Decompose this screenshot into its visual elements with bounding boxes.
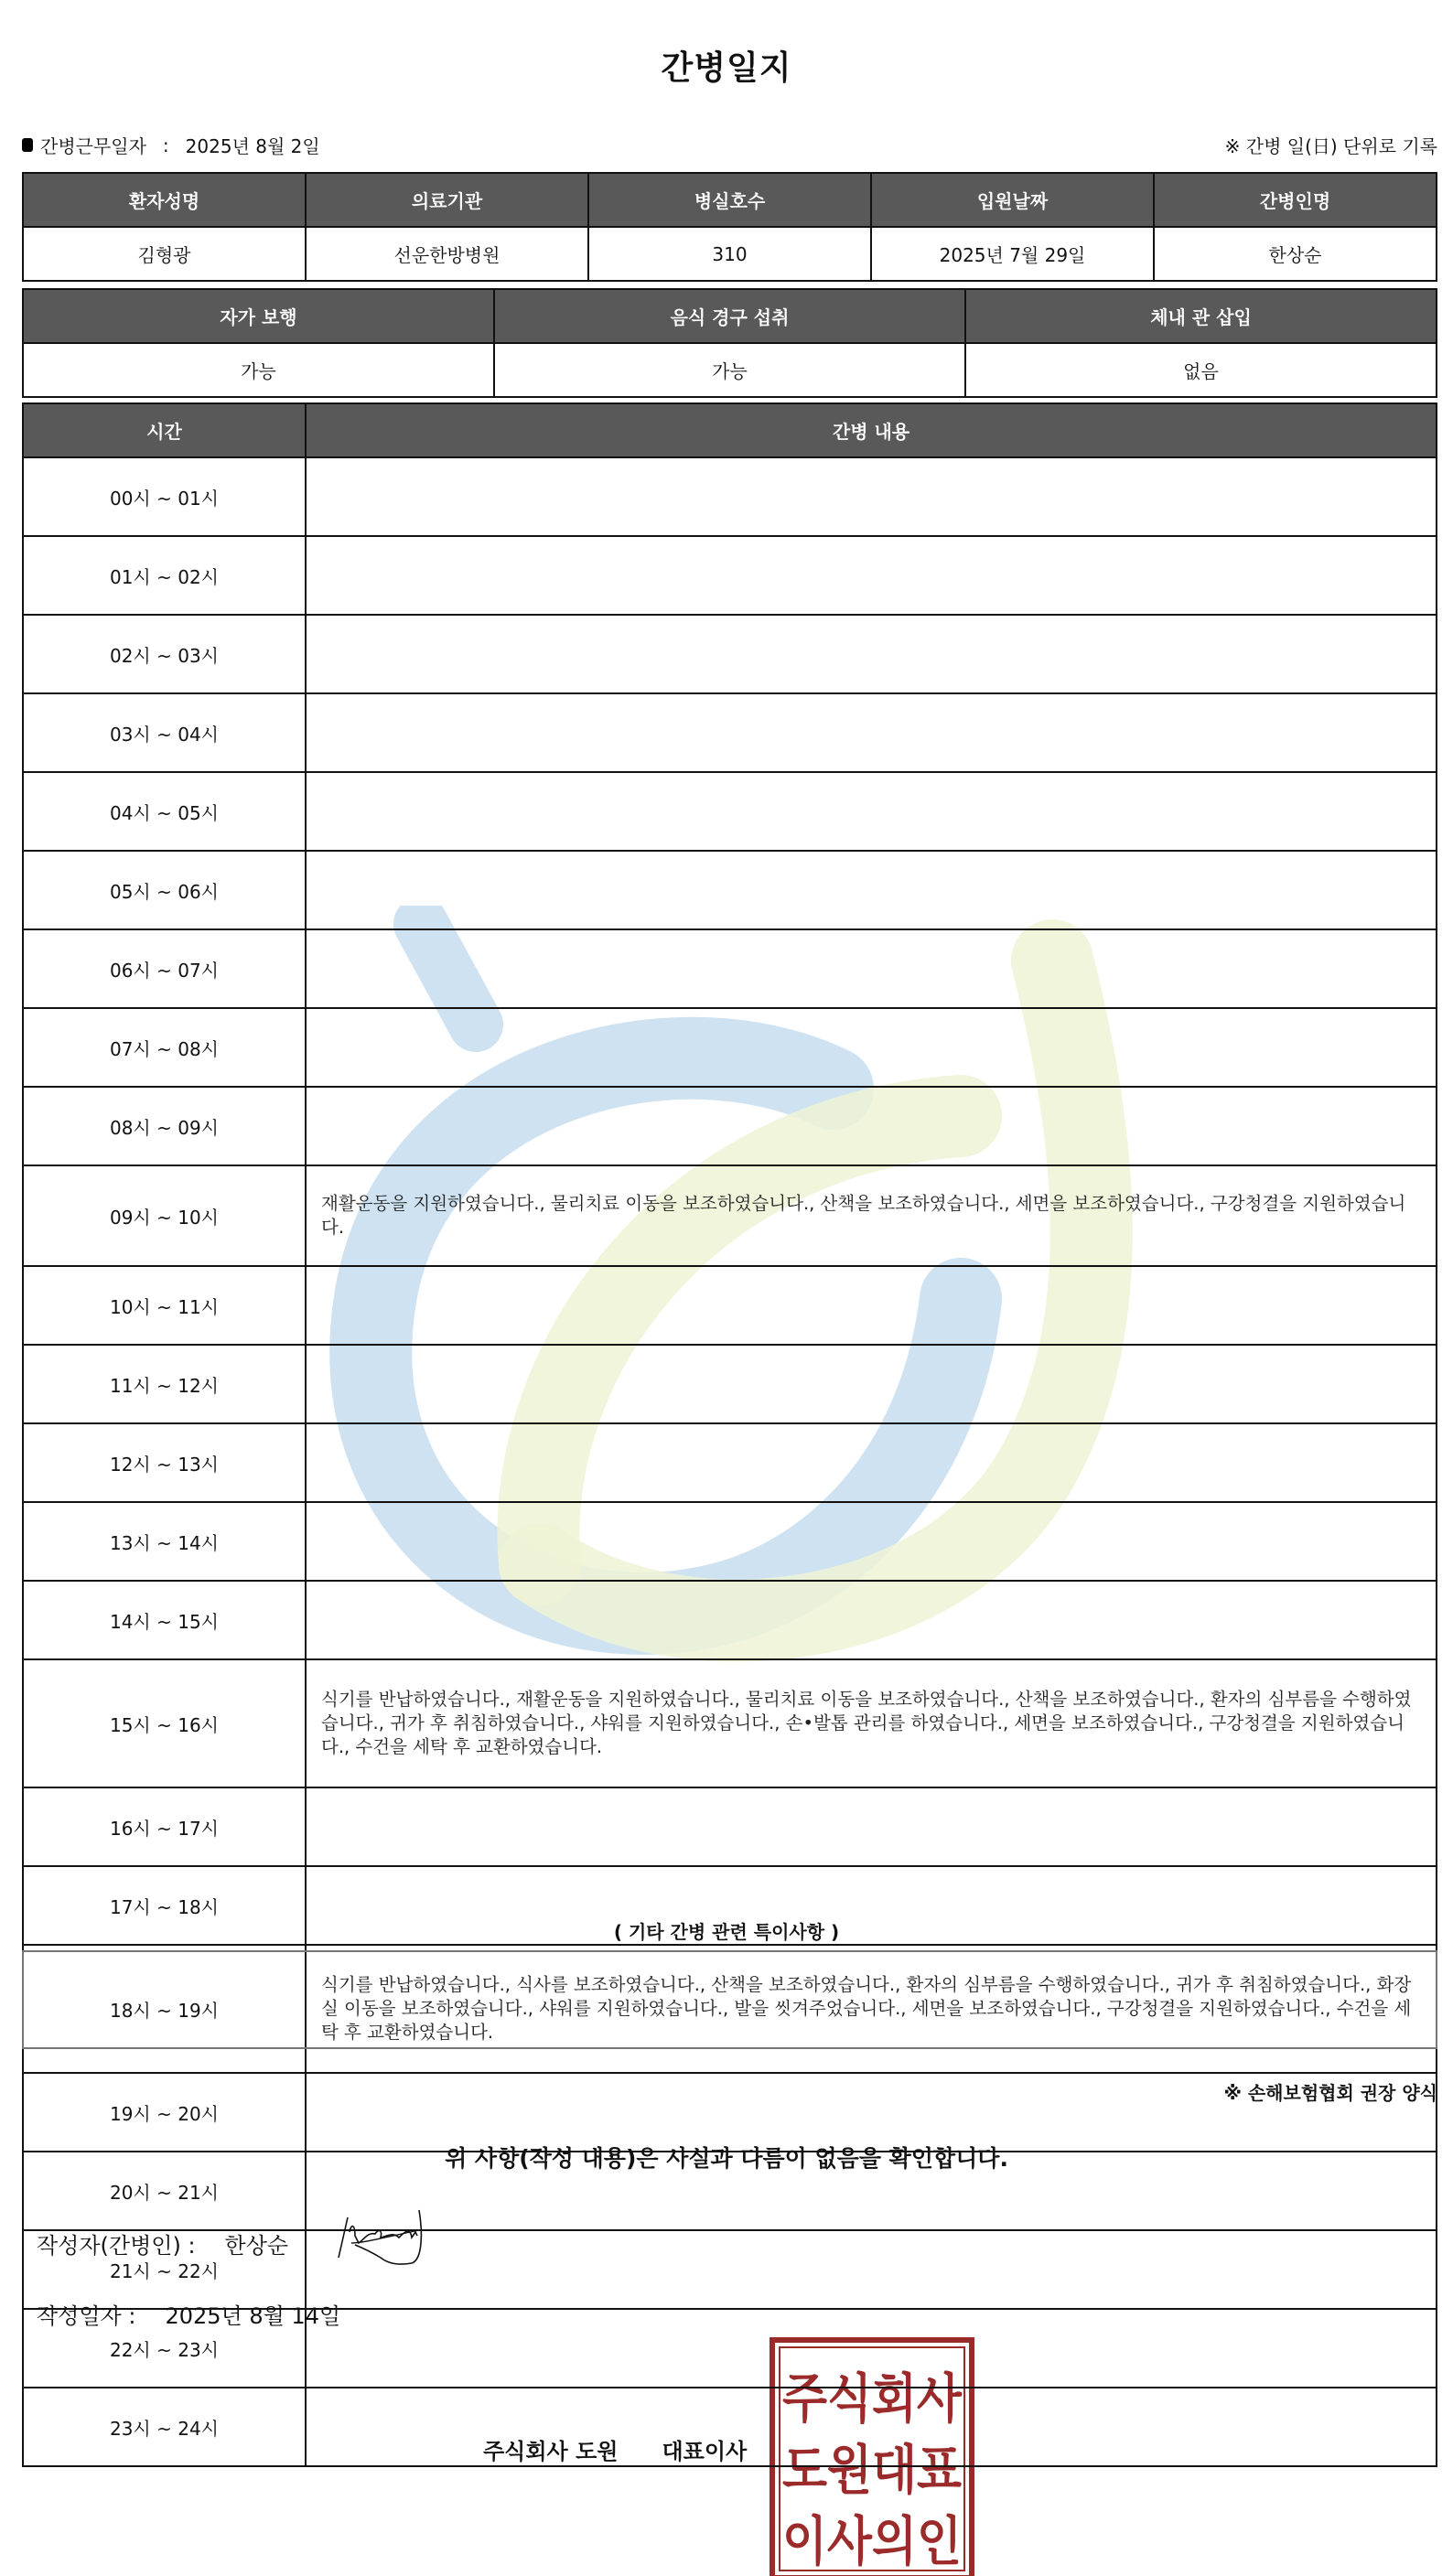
care-log-row: 06시 ~ 07시: [23, 929, 1437, 1008]
time-slot: 21시 ~ 22시: [23, 2230, 306, 2309]
patient-value-row: 김형광 선운한방병원 310 2025년 7월 29일 한상순: [23, 227, 1437, 281]
header-tube-insertion: 체내 관 삽입: [965, 289, 1437, 343]
time-slot: 10시 ~ 11시: [23, 1266, 306, 1345]
care-log-row: 04시 ~ 05시: [23, 772, 1437, 851]
care-log-body: 00시 ~ 01시01시 ~ 02시02시 ~ 03시03시 ~ 04시04시 …: [23, 457, 1437, 2466]
care-log-row: 12시 ~ 13시: [23, 1423, 1437, 1502]
care-log-row: 19시 ~ 20시: [23, 2073, 1437, 2152]
header-room-number: 병실호수: [588, 173, 871, 227]
care-content: [306, 536, 1437, 615]
time-slot: 20시 ~ 21시: [23, 2152, 306, 2230]
time-slot: 04시 ~ 05시: [23, 772, 306, 851]
time-slot: 09시 ~ 10시: [23, 1165, 306, 1266]
care-log-row: 08시 ~ 09시: [23, 1087, 1437, 1165]
work-date-separator: :: [163, 134, 169, 156]
work-date-line: 간병근무일자 : 2025년 8월 2일: [22, 132, 320, 158]
patient-info-table: 환자성명 의료기관 병실호수 입원날짜 간병인명 김형광 선운한방병원 310 …: [22, 172, 1437, 282]
page-title: 간병일지: [0, 42, 1453, 89]
special-notes-box: [22, 1950, 1437, 2049]
care-content: [306, 2309, 1437, 2388]
care-log-row: 01시 ~ 02시: [23, 536, 1437, 615]
care-log-row: 20시 ~ 21시: [23, 2152, 1437, 2230]
care-content: [306, 615, 1437, 693]
patient-header-row: 환자성명 의료기관 병실호수 입원날짜 간병인명: [23, 173, 1437, 227]
header-admission-date: 입원날짜: [871, 173, 1154, 227]
care-content: [306, 1345, 1437, 1423]
time-slot: 02시 ~ 03시: [23, 615, 306, 693]
care-header-row: 시간 간병 내용: [23, 403, 1437, 457]
room-number: 310: [588, 227, 871, 281]
header-institution: 의료기관: [306, 173, 588, 227]
time-slot: 16시 ~ 17시: [23, 1787, 306, 1866]
care-content: [306, 1087, 1437, 1165]
care-content: [306, 2073, 1437, 2152]
care-diary-page: 간병일지 간병근무일자 : 2025년 8월 2일 ※ 간병 일(日) 단위로 …: [0, 0, 1453, 2576]
care-log-row: 03시 ~ 04시: [23, 693, 1437, 772]
care-content: [306, 929, 1437, 1008]
square-bullet-icon: [22, 138, 33, 152]
time-slot: 11시 ~ 12시: [23, 1345, 306, 1423]
header-self-walking: 자가 보행: [23, 289, 494, 343]
care-content: [306, 1787, 1437, 1866]
care-content: [306, 1423, 1437, 1502]
care-content: [306, 1266, 1437, 1345]
care-log-table: 시간 간병 내용 00시 ~ 01시01시 ~ 02시02시 ~ 03시03시 …: [22, 402, 1437, 2467]
time-slot: 05시 ~ 06시: [23, 851, 306, 929]
care-content: [306, 693, 1437, 772]
care-log-row: 16시 ~ 17시: [23, 1787, 1437, 1866]
admission-date: 2025년 7월 29일: [871, 227, 1154, 281]
work-date-value: 2025년 8월 2일: [186, 132, 320, 158]
care-content: 식기를 반납하였습니다., 재활운동을 지원하였습니다., 물리치료 이동을 보…: [306, 1659, 1437, 1787]
care-log-row: 05시 ~ 06시: [23, 851, 1437, 929]
unit-note: ※ 간병 일(日) 단위로 기록: [1225, 132, 1437, 158]
patient-status-table: 자가 보행 음식 경구 섭취 체내 관 삽입 가능 가능 없음: [22, 288, 1437, 398]
care-content: [306, 851, 1437, 929]
care-content: [306, 772, 1437, 851]
care-content: [306, 457, 1437, 536]
time-slot: 19시 ~ 20시: [23, 2073, 306, 2152]
care-content: [306, 2152, 1437, 2230]
care-content: [306, 1008, 1437, 1087]
care-content: [306, 1581, 1437, 1659]
care-log-row: 21시 ~ 22시: [23, 2230, 1437, 2309]
care-log-row: 15시 ~ 16시식기를 반납하였습니다., 재활운동을 지원하였습니다., 물…: [23, 1659, 1437, 1787]
time-slot: 13시 ~ 14시: [23, 1502, 306, 1581]
caregiver-name: 한상순: [1154, 227, 1437, 281]
status-header-row: 자가 보행 음식 경구 섭취 체내 관 삽입: [23, 289, 1437, 343]
care-log-row: 17시 ~ 18시: [23, 1866, 1437, 1945]
care-log-row: 07시 ~ 08시: [23, 1008, 1437, 1087]
time-slot: 23시 ~ 24시: [23, 2388, 306, 2466]
time-slot: 00시 ~ 01시: [23, 457, 306, 536]
care-log-row: 11시 ~ 12시: [23, 1345, 1437, 1423]
time-slot: 14시 ~ 15시: [23, 1581, 306, 1659]
patient-name: 김형광: [23, 227, 306, 281]
status-value-row: 가능 가능 없음: [23, 343, 1437, 397]
care-log-row: 13시 ~ 14시: [23, 1502, 1437, 1581]
time-slot: 08시 ~ 09시: [23, 1087, 306, 1165]
care-content: [306, 2230, 1437, 2309]
self-walking: 가능: [23, 343, 494, 397]
work-date-label: 간병근무일자: [40, 132, 146, 158]
care-log-row: 14시 ~ 15시: [23, 1581, 1437, 1659]
care-log-row: 00시 ~ 01시: [23, 457, 1437, 536]
care-log-row: 09시 ~ 10시재활운동을 지원하였습니다., 물리치료 이동을 보조하였습니…: [23, 1165, 1437, 1266]
header-patient-name: 환자성명: [23, 173, 306, 227]
care-content: [306, 1866, 1437, 1945]
time-slot: 06시 ~ 07시: [23, 929, 306, 1008]
tube-insertion: 없음: [965, 343, 1437, 397]
header-oral-intake: 음식 경구 섭취: [494, 289, 965, 343]
care-log-row: 23시 ~ 24시: [23, 2388, 1437, 2466]
time-slot: 12시 ~ 13시: [23, 1423, 306, 1502]
time-slot: 03시 ~ 04시: [23, 693, 306, 772]
care-content: 재활운동을 지원하였습니다., 물리치료 이동을 보조하였습니다., 산책을 보…: [306, 1165, 1437, 1266]
care-content: [306, 2388, 1437, 2466]
header-caregiver-name: 간병인명: [1154, 173, 1437, 227]
time-slot: 22시 ~ 23시: [23, 2309, 306, 2388]
time-slot: 01시 ~ 02시: [23, 536, 306, 615]
care-content: [306, 1502, 1437, 1581]
header-time: 시간: [23, 403, 306, 457]
care-log-row: 10시 ~ 11시: [23, 1266, 1437, 1345]
oral-intake: 가능: [494, 343, 965, 397]
care-log-row: 22시 ~ 23시: [23, 2309, 1437, 2388]
header-care-content: 간병 내용: [306, 403, 1437, 457]
time-slot: 07시 ~ 08시: [23, 1008, 306, 1087]
time-slot: 17시 ~ 18시: [23, 1866, 306, 1945]
institution: 선운한방병원: [306, 227, 588, 281]
svg-text:이사의인: 이사의인: [782, 2510, 962, 2572]
care-log-row: 02시 ~ 03시: [23, 615, 1437, 693]
time-slot: 15시 ~ 16시: [23, 1659, 306, 1787]
